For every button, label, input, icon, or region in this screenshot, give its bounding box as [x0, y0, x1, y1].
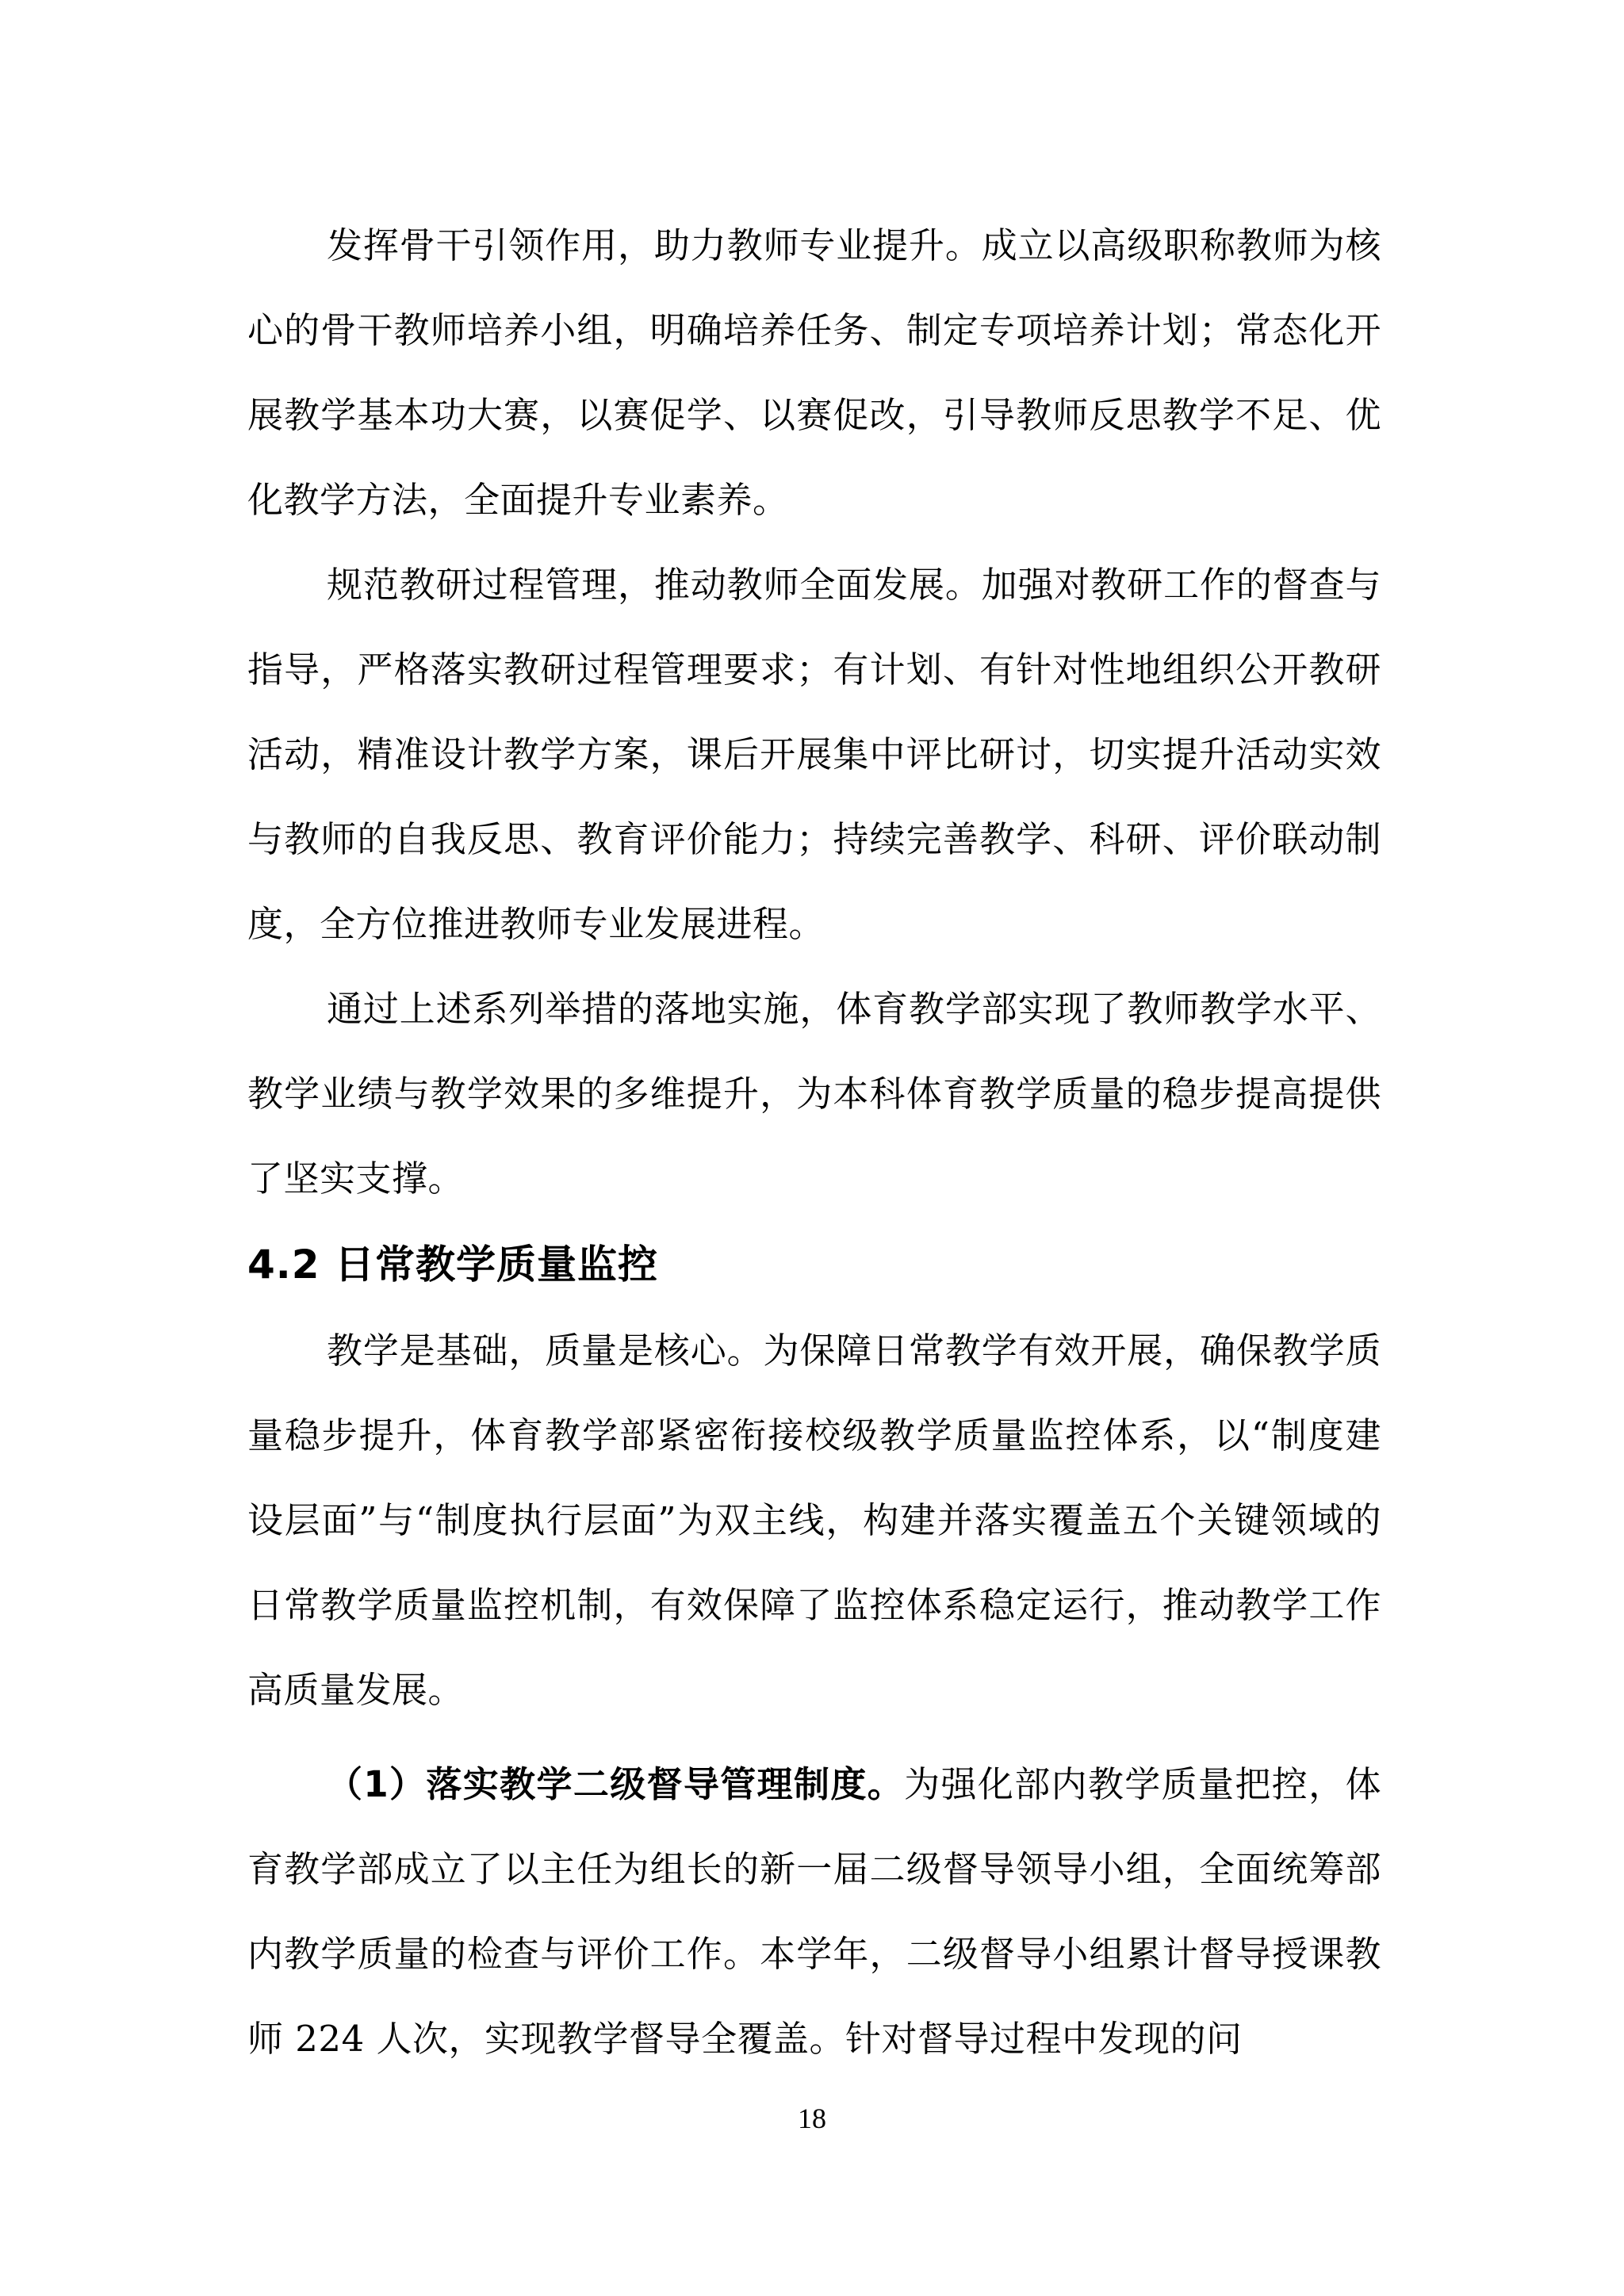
page-number: 18	[0, 2103, 1624, 2134]
paragraph-teaching-research-management: 规范教研过程管理，推动教师全面发展。加强对教研工作的督查与指导，严格落实教研过程…	[247, 542, 1381, 966]
paragraph-summary: 通过上述系列举措的落地实施，体育教学部实现了教师教学水平、教学业绩与教学效果的多…	[247, 966, 1381, 1221]
paragraph-bold-lead: （1）落实教学二级督导管理制度。	[327, 1763, 904, 1805]
paragraph-backbone-teachers: 发挥骨干引领作用，助力教师专业提升。成立以高级职称教师为核心的骨干教师培养小组，…	[247, 203, 1381, 542]
section-heading: 4.2 日常教学质量监控	[247, 1221, 1381, 1308]
paragraph-body: 为强化部内教学质量把控，体育教学部成立了以主任为组长的新一届二级督导领导小组，全…	[247, 1763, 1381, 2060]
paragraph-spacer	[247, 1732, 1381, 1742]
paragraph-quality-monitoring-intro: 教学是基础，质量是核心。为保障日常教学有效开展，确保教学质量稳步提升，体育教学部…	[247, 1308, 1381, 1732]
paragraph-supervision-system: （1）落实教学二级督导管理制度。为强化部内教学质量把控，体育教学部成立了以主任为…	[247, 1742, 1381, 2081]
document-page: 发挥骨干引领作用，助力教师专业提升。成立以高级职称教师为核心的骨干教师培养小组，…	[247, 203, 1381, 2081]
